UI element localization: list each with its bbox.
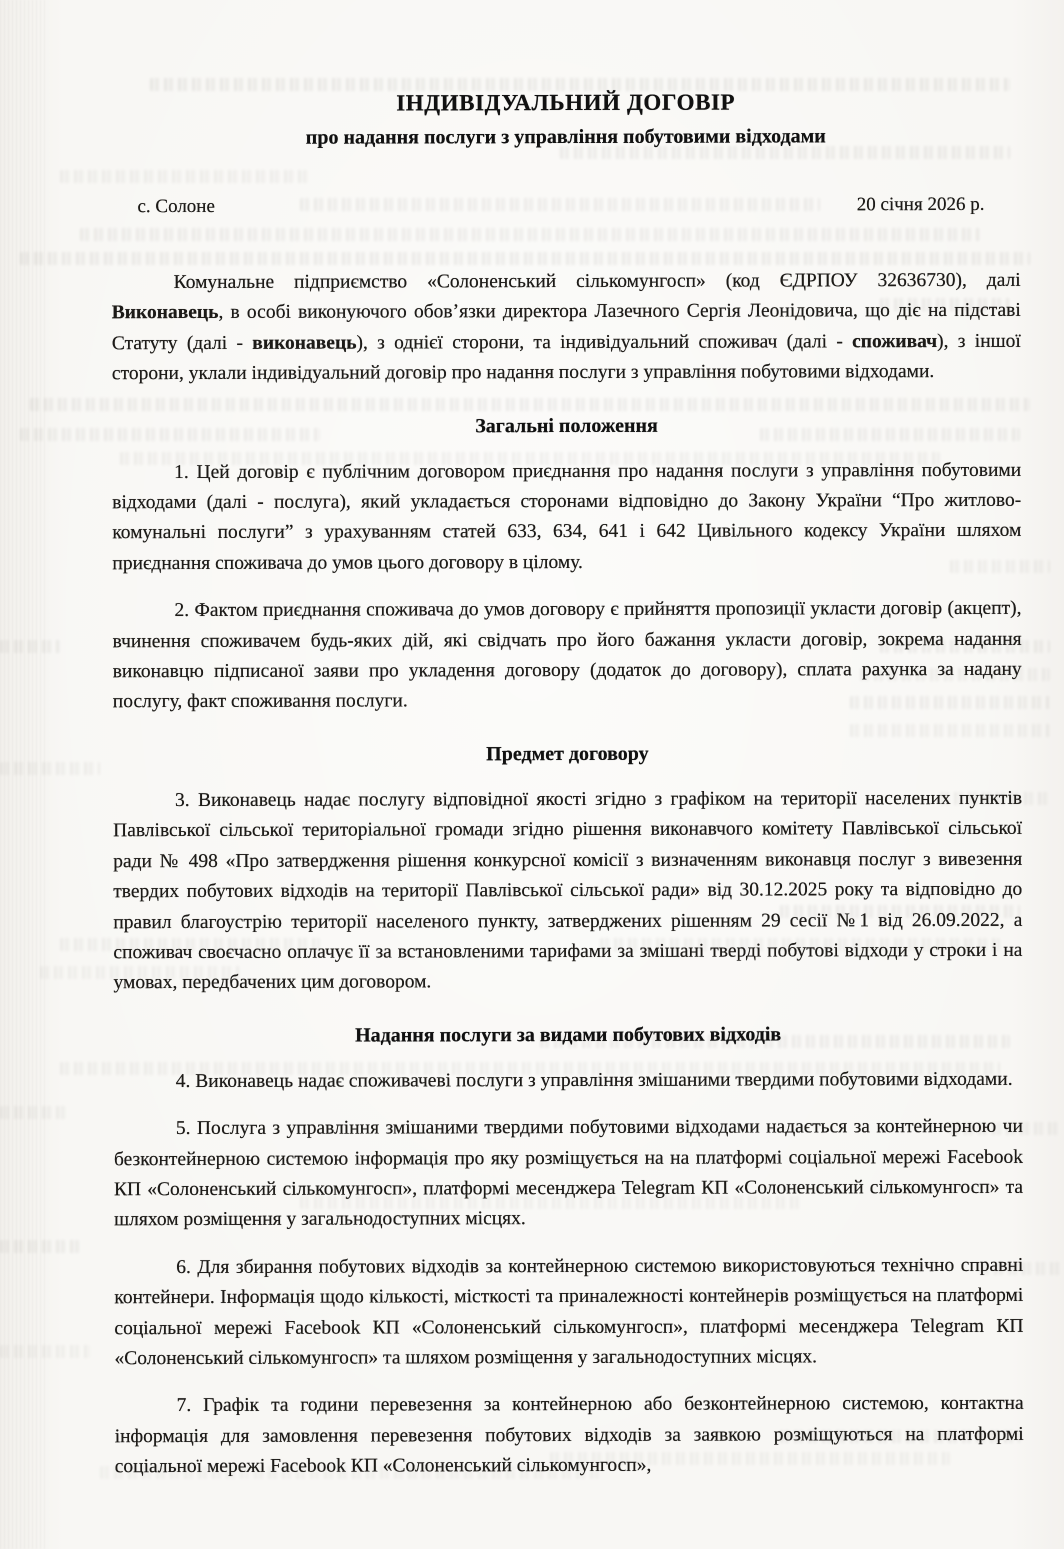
scanned-page: ІНДИВІДУАЛЬНИЙ ДОГОВІР про надання послу…: [0, 0, 1064, 1549]
bleed-through-line: [0, 762, 100, 775]
place-label: с. Солоне: [137, 196, 215, 218]
clause-4: 4. Виконавець надає споживачеві послуги …: [114, 1065, 1023, 1098]
date-label: 20 січня 2026 р.: [857, 194, 985, 216]
bleed-through-line: [0, 640, 60, 653]
clause-2: 2. Фактом приєднання споживача до умов д…: [112, 594, 1021, 718]
contract-document: ІНДИВІДУАЛЬНИЙ ДОГОВІР про надання послу…: [111, 89, 1024, 1500]
document-subtitle: про надання послуги з управління побутов…: [111, 125, 1020, 150]
clause-7: 7. Графік та години перевезення за конте…: [115, 1389, 1024, 1483]
intro-text-run: ), з однієї сторони, та індивідуальний с…: [356, 331, 852, 353]
clause-1: 1. Цей договір є публічним договором при…: [112, 455, 1021, 579]
intro-bold-term: споживач: [852, 331, 937, 352]
bleed-through-line: [0, 1106, 70, 1119]
clause-3: 3. Виконавець надає послугу відповідної …: [113, 784, 1023, 999]
section-heading-subject: Предмет договору: [113, 742, 1022, 767]
section-heading-general: Загальні положення: [112, 413, 1021, 438]
intro-bold-term: Виконавець: [112, 302, 219, 323]
document-title: ІНДИВІДУАЛЬНИЙ ДОГОВІР: [111, 89, 1020, 117]
bleed-through-line: [0, 1345, 90, 1358]
bleed-through-line: [0, 1240, 80, 1253]
place-date-row: с. Солоне 20 січня 2026 р.: [111, 194, 1020, 218]
intro-paragraph: Комунальне підприємство «Солоненський сі…: [112, 266, 1021, 390]
clause-5: 5. Послуга з управління змішаними тверди…: [114, 1112, 1023, 1236]
intro-bold-term: виконавець: [252, 332, 356, 353]
section-heading-service-types: Надання послуги за видами побутових відх…: [114, 1023, 1023, 1048]
intro-text-run: Комунальне підприємство «Солоненський сі…: [174, 270, 1021, 293]
scanner-edge-noise: [0, 0, 48, 1549]
clause-6: 6. Для збирання побутових відходів за ко…: [114, 1251, 1023, 1375]
